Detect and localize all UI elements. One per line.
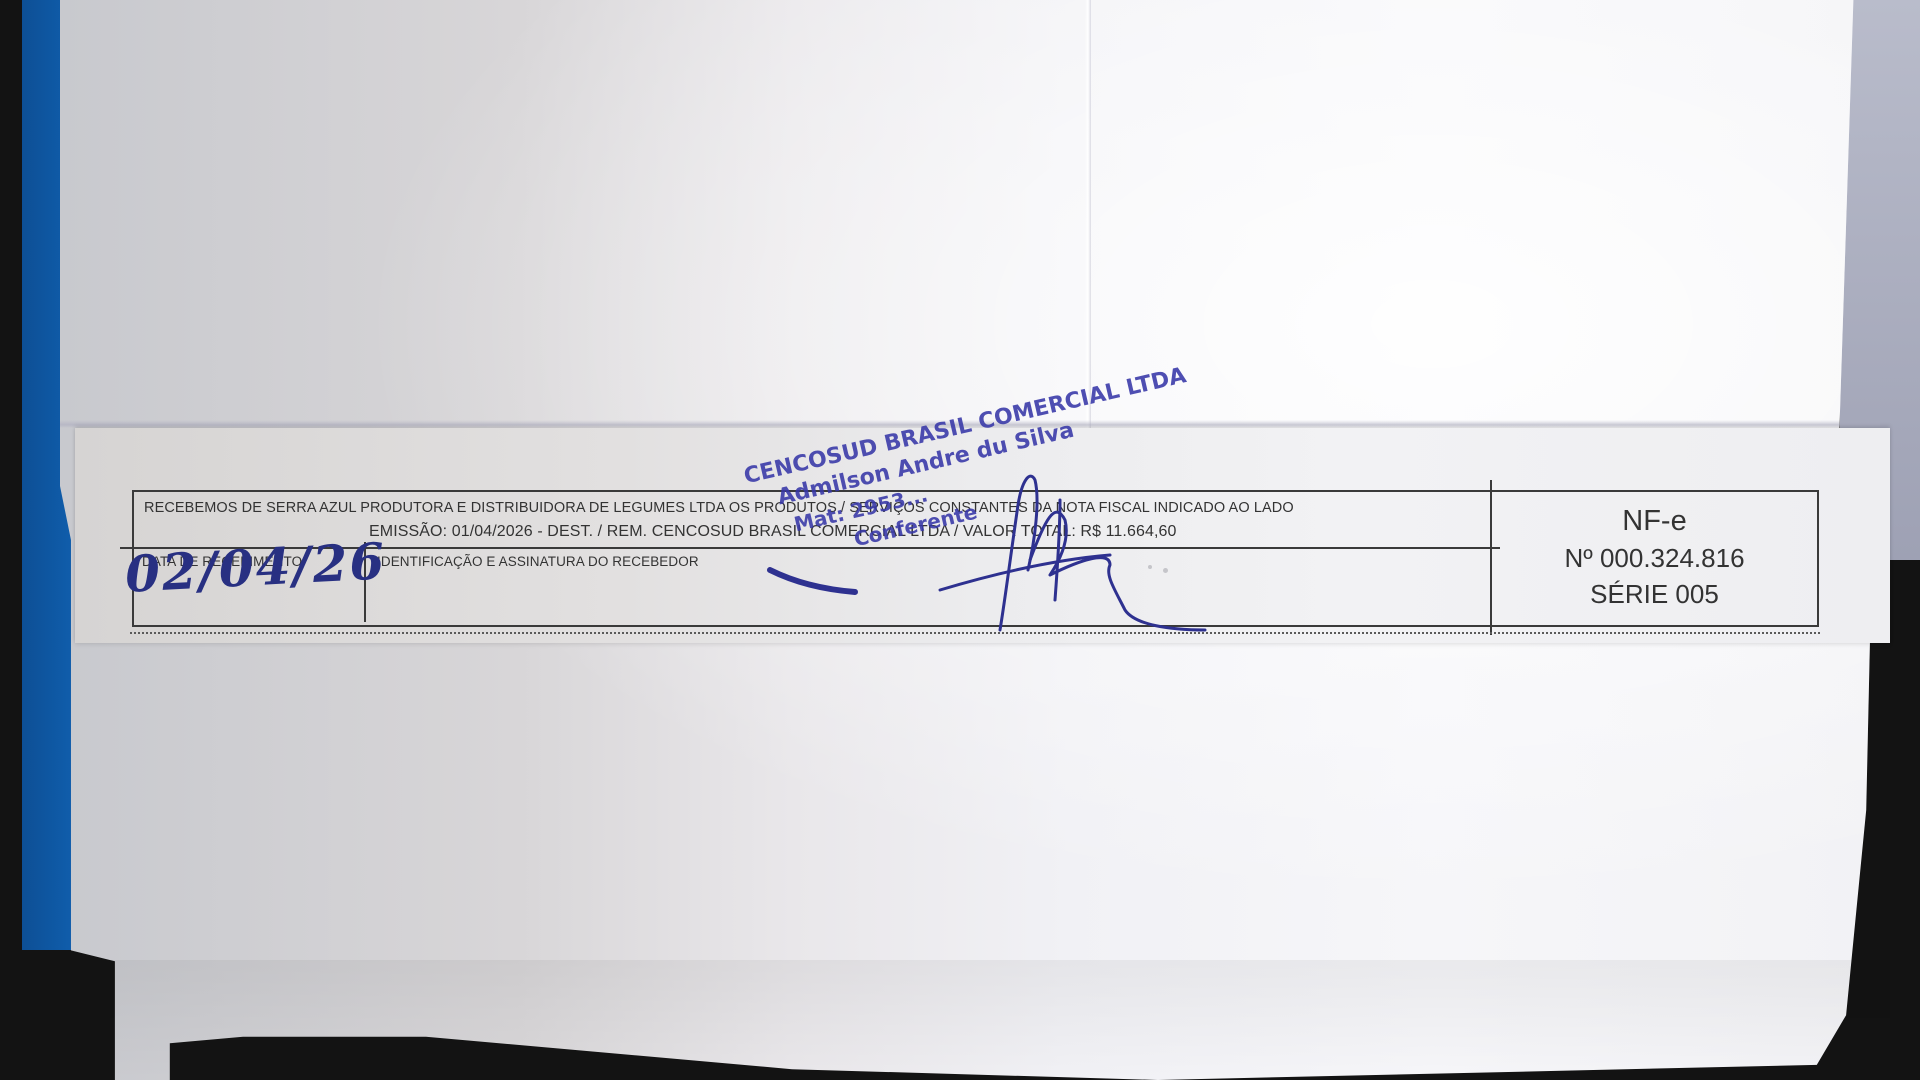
photo-scene: RECEBEMOS DE SERRA AZUL PRODUTORA E DIST… xyxy=(0,0,1920,1080)
nfe-title: NF-e xyxy=(1622,502,1686,540)
nfe-identification-box: NF-e Nº 000.324.816 SÉRIE 005 xyxy=(1492,490,1817,623)
paper-crease-vertical xyxy=(1085,0,1091,430)
perforation-line xyxy=(130,632,1820,634)
receiver-signature-label: IDENTIFICAÇÃO E ASSINATURA DO RECEBEDOR xyxy=(377,554,699,569)
receipt-statement: RECEBEMOS DE SERRA AZUL PRODUTORA E DIST… xyxy=(144,500,1294,516)
paper-speck xyxy=(1148,565,1152,569)
nfe-number: Nº 000.324.816 xyxy=(1564,540,1744,576)
paper-speck xyxy=(1163,568,1168,573)
nfe-series: SÉRIE 005 xyxy=(1590,576,1719,612)
paper-fold-shadow xyxy=(110,960,1890,1080)
